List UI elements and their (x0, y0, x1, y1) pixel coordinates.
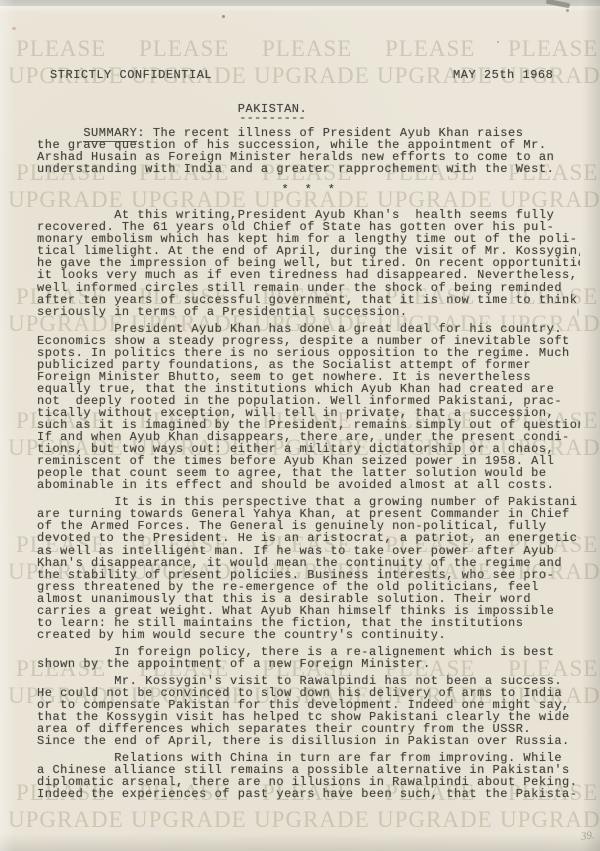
watermark-row: PLEASEPLEASEPLEASEPLEASEPLEASEPLEASE (0, 36, 600, 66)
paper-speck (497, 41, 499, 43)
watermark-word: UPGRADE (377, 807, 493, 833)
paragraphs-container: At this writing,President Ayub Khan's he… (37, 209, 580, 800)
text-line: well informed circles still remain under… (37, 282, 580, 294)
watermark-word: PLEASE (262, 36, 352, 62)
text-line: gress threatened by the re-emergence of … (37, 581, 580, 593)
watermark-word: UPGRADE (8, 807, 124, 833)
text-line: it looks very much as if even tiredness … (37, 269, 580, 281)
text-line: abominable in its effect and should be a… (37, 479, 580, 491)
section-separator: * * * (37, 184, 580, 196)
document-body: SUMMARY: The recent illness of President… (37, 127, 580, 805)
text-line: Indeed the experiences of past years hav… (37, 788, 580, 800)
watermark-word: UPGRADE (254, 63, 370, 89)
watermark-word: UPGRADE (131, 807, 247, 833)
text-line: created by him would secure the country'… (37, 629, 580, 641)
watermark-word: PLEASE (508, 36, 598, 62)
scanner-edge-highlight (0, 6, 600, 13)
paper-speck (566, 9, 569, 12)
text-line: Economics show a steady progress, despit… (37, 335, 580, 347)
paragraph: At this writing,President Ayub Khan's he… (37, 209, 580, 317)
watermark-word: PLEASE (139, 36, 229, 62)
paragraph: President Ayub Khan has done a great dea… (37, 323, 580, 492)
summary-paragraph: SUMMARY: The recent illness of President… (37, 127, 580, 175)
classification-label: STRICTLY CONFIDENTIAL (50, 68, 212, 82)
watermark-word: UPGRADE (500, 807, 600, 833)
text-line: devoted to the President. He is an arist… (37, 532, 580, 544)
text-line: as well as intelligent man. If he was to… (37, 545, 580, 557)
pencil-page-number: 39. (580, 829, 595, 843)
text-line: shown by the appointment of a new Foreig… (37, 658, 580, 670)
text-line: President Ayub Khan has done a great dea… (37, 323, 580, 335)
scanned-document-page: PLEASEPLEASEPLEASEPLEASEPLEASEPLEASEUPGR… (0, 0, 600, 851)
text-line: the stability of present policies. Busin… (37, 569, 580, 581)
title-underline: --------- (0, 111, 545, 125)
watermark-word: PLEASE (385, 36, 475, 62)
text-line: understanding with India and a greater r… (37, 163, 580, 175)
watermark-word: UPGRADE (254, 807, 370, 833)
date-label: MAY 25th 1968 (453, 68, 553, 82)
paper-speck (12, 27, 16, 30)
text-line: after ten years of successful government… (37, 294, 580, 306)
watermark-word: PLEASE (16, 36, 106, 62)
text-line: seriously in terms of a Presidential suc… (37, 306, 580, 318)
paragraph: It is in this perspective that a growing… (37, 496, 580, 641)
paragraph: Relations with China in turn are far fro… (37, 752, 580, 800)
watermark-row: UPGRADEUPGRADEUPGRADEUPGRADEUPGRADEUPGRA… (0, 807, 600, 837)
paper-speck (577, 308, 579, 317)
text-line: Since the end of April, there is disillu… (37, 735, 580, 747)
paragraph: Mr. Kossygin's visit to Rawalpindi has n… (37, 675, 580, 747)
paper-speck (222, 15, 225, 18)
text-line: Khan's disappearance, it would mean the … (37, 557, 580, 569)
text-line: almost unanimously that this is a desira… (37, 593, 580, 605)
text-line: spots. In politics there is no serious o… (37, 347, 580, 359)
text-line: carries a great weight. What Ayub Khan h… (37, 605, 580, 617)
paragraph: In foreign policy, there is a re-alignem… (37, 646, 580, 670)
title-block: PAKISTAN. --------- (0, 102, 545, 125)
